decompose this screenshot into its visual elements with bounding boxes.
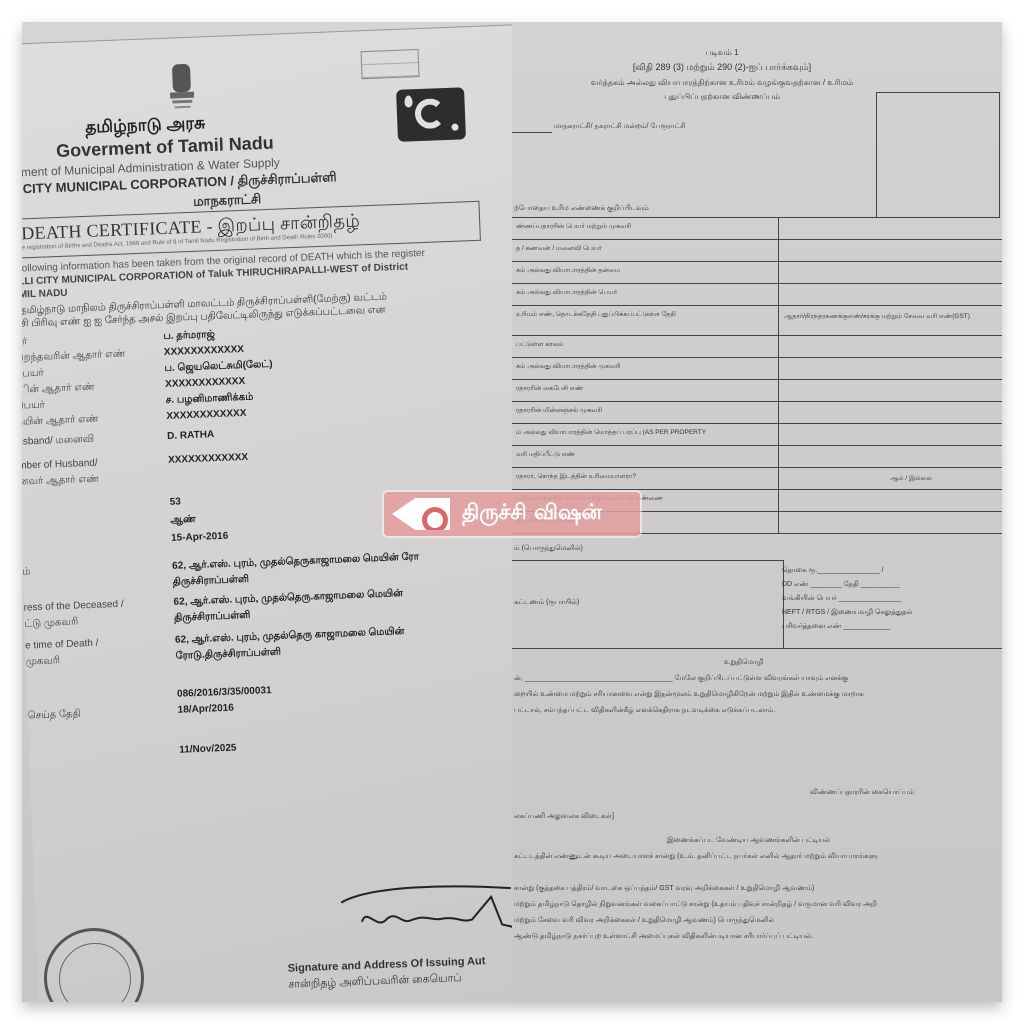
declaration-title: உறுதிமொழி	[724, 658, 764, 667]
field-value: 086/2016/3/35/00031	[177, 685, 272, 700]
table-row-value[interactable]: ஆம் / இல்லை	[890, 475, 932, 483]
certificate-field-row: ம்62, ஆர்.எஸ். புரம், முதல்தெருகாஜாமலை ம…	[22, 547, 512, 566]
field-value: திருச்சிராப்பள்ளி	[173, 574, 250, 589]
blank-line	[512, 132, 552, 133]
applicant-signature-label: விண்ணப்பதாரரின் கையொப்பம்	[810, 788, 914, 797]
signature-caption-tamil: சான்றிதழ் அளிப்பவரின் கையொப்	[288, 972, 462, 993]
collage-frame: தமிழ்நாடு அரசு Goverment of Tamil Nadu a…	[22, 22, 1002, 1002]
declaration-line: பட்டால், சம்பந்தப்பட்ட விதிகளின்கீழ் எனக…	[514, 706, 775, 715]
field-label: ress of the Deceased /	[23, 599, 123, 614]
form-heading: வர்த்தகம் அல்லது வியாபாரத்திற்கான உரிமம்…	[512, 78, 932, 88]
table-rule	[512, 283, 1002, 284]
attachment-item: மற்றும் தமிழ்நாடு தொழில் நிறுவனங்கள் வகை…	[514, 900, 877, 909]
field-label: இறந்தவரின் ஆதார் எண்	[22, 348, 126, 364]
field-label: னவர் ஆதார் எண்	[22, 474, 99, 489]
fee-label: கட்டணம் (ரூபாயில்)	[514, 598, 579, 607]
signature-icon	[330, 875, 512, 943]
watermark-text: திருச்சி விஷன்	[462, 500, 602, 527]
table-row-label: ரதாரரின் கைபேசி எண்	[516, 385, 583, 393]
state-emblem-icon	[163, 59, 201, 112]
field-label: mber of Husband/	[22, 458, 98, 472]
certificate-field-row: பெயர்ச. பழனிமாணிக்கம்	[22, 382, 512, 401]
form-rule-reference: [விதி 289 (3) மற்றும் 290 (2)-ஐப் பார்க்…	[512, 62, 932, 74]
office-use-label: லகப்பணி அலுவலக விடைகள்]	[514, 812, 614, 821]
table-row-label: உரிமம் எண், தொடக்கதேதி புதுப்பிக்கப்பட்ட…	[516, 311, 676, 319]
field-value: ப. ஜெயலெட்சுமி(லேட்)	[164, 359, 273, 375]
table-rule	[512, 489, 1002, 490]
field-value: XXXXXXXXXXXX	[166, 408, 246, 422]
body-type-line: மாநகராட்சி/ நகராட்சி மன்றம்/ பேரூராட்சி	[554, 122, 686, 131]
attachment-item: கட்டடத்தின் எண்ணுடன் கூடிய அடையாளச் சான்…	[514, 852, 878, 861]
fee-box-bottom	[512, 648, 1002, 649]
field-value: ஆண்	[170, 514, 196, 527]
payment-line[interactable]: DD எண் ________ தேதி __________	[782, 580, 900, 589]
certificate-field-row: தயின் ஆதார் எண்XXXXXXXXXXXX	[22, 398, 512, 417]
eye-logo-icon	[392, 498, 450, 530]
table-row-label: ரதாரர், சொந்த இடத்தின் உரிமையாளரா?	[516, 473, 636, 481]
corporation-tamil-heading: மாநகராட்சி	[193, 191, 262, 211]
payment-line[interactable]: தொகை ரூ.________________ /	[782, 566, 883, 575]
form-heading-2: புதுப்பிப்பதற்கான விண்ணப்பம்	[512, 92, 932, 102]
field-value: 11/Nov/2025	[179, 743, 237, 756]
table-rule	[512, 335, 1002, 336]
table-rule	[512, 467, 1002, 468]
field-value: 62, ஆர்.எஸ். புரம், முதல்தெருகாஜாமலை மெய…	[172, 551, 419, 572]
table-rule	[512, 217, 876, 218]
table-title: ற்போதைய உரிம எண்ணைக் குறிப்பிடவும்	[514, 204, 649, 213]
form-number: படிவம் 1	[512, 48, 932, 58]
declaration-line: றையில் உண்மை மற்றும் சரியானவை என்று இதன்…	[514, 690, 864, 699]
field-label: செய்த தேதி	[28, 708, 81, 722]
table-rule	[512, 401, 1002, 402]
payment-line[interactable]: வங்கியின் பெயர் ________________	[782, 594, 901, 603]
field-label: usband/ மனைவி	[22, 434, 94, 449]
certificate-field-row: mber of Husband/XXXXXXXXXXXX	[22, 441, 512, 460]
attachments-title: இணைக்கப்பட வேண்டிய ஆவணங்களின் பட்டியல்	[667, 836, 830, 845]
field-label: தயின் ஆதார் எண்	[22, 414, 99, 429]
field-label: பெயர்	[22, 400, 45, 413]
watermark-badge: திருச்சி விஷன்	[384, 492, 640, 536]
field-label: முகவரி	[26, 655, 61, 668]
fee-title: ம் (பொருந்துமெனில்)	[514, 544, 583, 553]
table-row-label: த / கணவன் / மனைவி பெயர்	[516, 245, 602, 253]
certificate-field-row: e time of Death /62, ஆர்.எஸ். புரம், முத…	[25, 621, 512, 640]
field-value: ரோடு.திருச்சிராப்பள்ளி	[175, 647, 281, 663]
table-row-label: வரி மதிப்பீட்டு எண்	[516, 451, 575, 459]
payment-line[interactable]: பரிவர்த்தனை எண் ____________	[782, 622, 890, 631]
attachment-item: ஆண்டு தமிழ்நாடு நகர்ப்புற உள்ளாட்சி அமைப…	[514, 932, 813, 941]
table-row-label: கம் அல்லது வியாபாரத்தின் பெயர்	[516, 289, 617, 297]
field-value: 53	[170, 496, 182, 507]
field-value: D. RATHA	[167, 429, 214, 442]
table-rule	[512, 305, 1002, 306]
table-row-label: ண்ணப்பதாரரின் பெயர் மற்றும் முகவரி	[516, 223, 631, 231]
photo-placeholder	[876, 92, 1000, 218]
field-label: யர்	[22, 336, 28, 349]
table-rule	[512, 239, 1002, 240]
payment-line[interactable]: NEFT / RTGS / இணையவழி செலுத்துதல்	[782, 608, 913, 617]
stamp-box	[361, 49, 420, 79]
table-row-label: பட்டுள்ள காலம்	[516, 341, 564, 349]
table-rule	[512, 379, 1002, 380]
fee-box-top	[512, 560, 784, 561]
water-supply-logo-icon	[396, 87, 466, 142]
field-value: 18/Apr/2016	[177, 703, 234, 716]
field-label: ட்டு முகவரி	[24, 617, 78, 631]
table-column-divider	[778, 217, 779, 533]
field-value: 62, ஆர்.எஸ். புரம், முதல்தெரு.காஜாமலை மெ…	[173, 588, 403, 609]
field-value: XXXXXXXXXXXX	[165, 376, 245, 390]
certificate-field-row: இறந்தவரின் ஆதார் எண்XXXXXXXXXXXX	[22, 334, 512, 353]
field-label: பெயர்	[22, 368, 44, 381]
field-value: திருச்சிராப்பள்ளி	[174, 610, 251, 625]
table-rule	[512, 357, 1002, 358]
field-value: ச. பழனிமாணிக்கம்	[166, 392, 254, 407]
field-label: ின் ஆதார் எண்	[22, 382, 95, 397]
table-row-value[interactable]: ஆதார்/நிரந்தரகணக்குஎண்/சரக்கு மற்றும் சே…	[784, 313, 970, 321]
certificate-field-row: ress of the Deceased /62, ஆர்.எஸ். புரம்…	[23, 583, 512, 602]
certificate-field-row: 086/2016/3/35/00031	[27, 675, 512, 694]
field-value: 62, ஆர்.எஸ். புரம், முதல்தெரு காஜாமலை மெ…	[175, 626, 405, 647]
declaration-line: ன், ____________________________________…	[514, 674, 848, 683]
table-rule	[512, 445, 1002, 446]
field-value: 15-Apr-2016	[171, 531, 229, 544]
field-label: ம்	[22, 566, 31, 578]
field-value: XXXXXXXXXXXX	[168, 452, 248, 466]
table-row-label: கம் அல்லது வியாபாரத்தின் முகவரி	[516, 363, 621, 371]
field-value: ப. தர்மராஜ்	[163, 329, 215, 343]
table-row-label: ம் அல்லது வியாபாரத்தின் மொத்தப் பரப்பு (…	[516, 429, 706, 437]
attachment-item: மற்றும் சேவை வரி விவர அறிக்கைகள் / உறுதி…	[514, 916, 774, 925]
table-rule	[512, 261, 1002, 262]
field-value: XXXXXXXXXXXX	[164, 344, 244, 358]
table-rule	[512, 423, 1002, 424]
certificate-field-row: 11/Nov/2025	[29, 731, 512, 750]
table-row-label: கம் அல்லது வியாபாரத்தின் தன்மை	[516, 267, 620, 275]
attachment-item: சான்று (குத்தகை பத்திரம்/ வாடகை ஒப்பந்தம…	[514, 884, 814, 893]
field-label: e time of Death /	[25, 638, 99, 652]
table-row-label: ரதாரரின் மின்னஞ்சல் முகவரி	[516, 407, 602, 415]
